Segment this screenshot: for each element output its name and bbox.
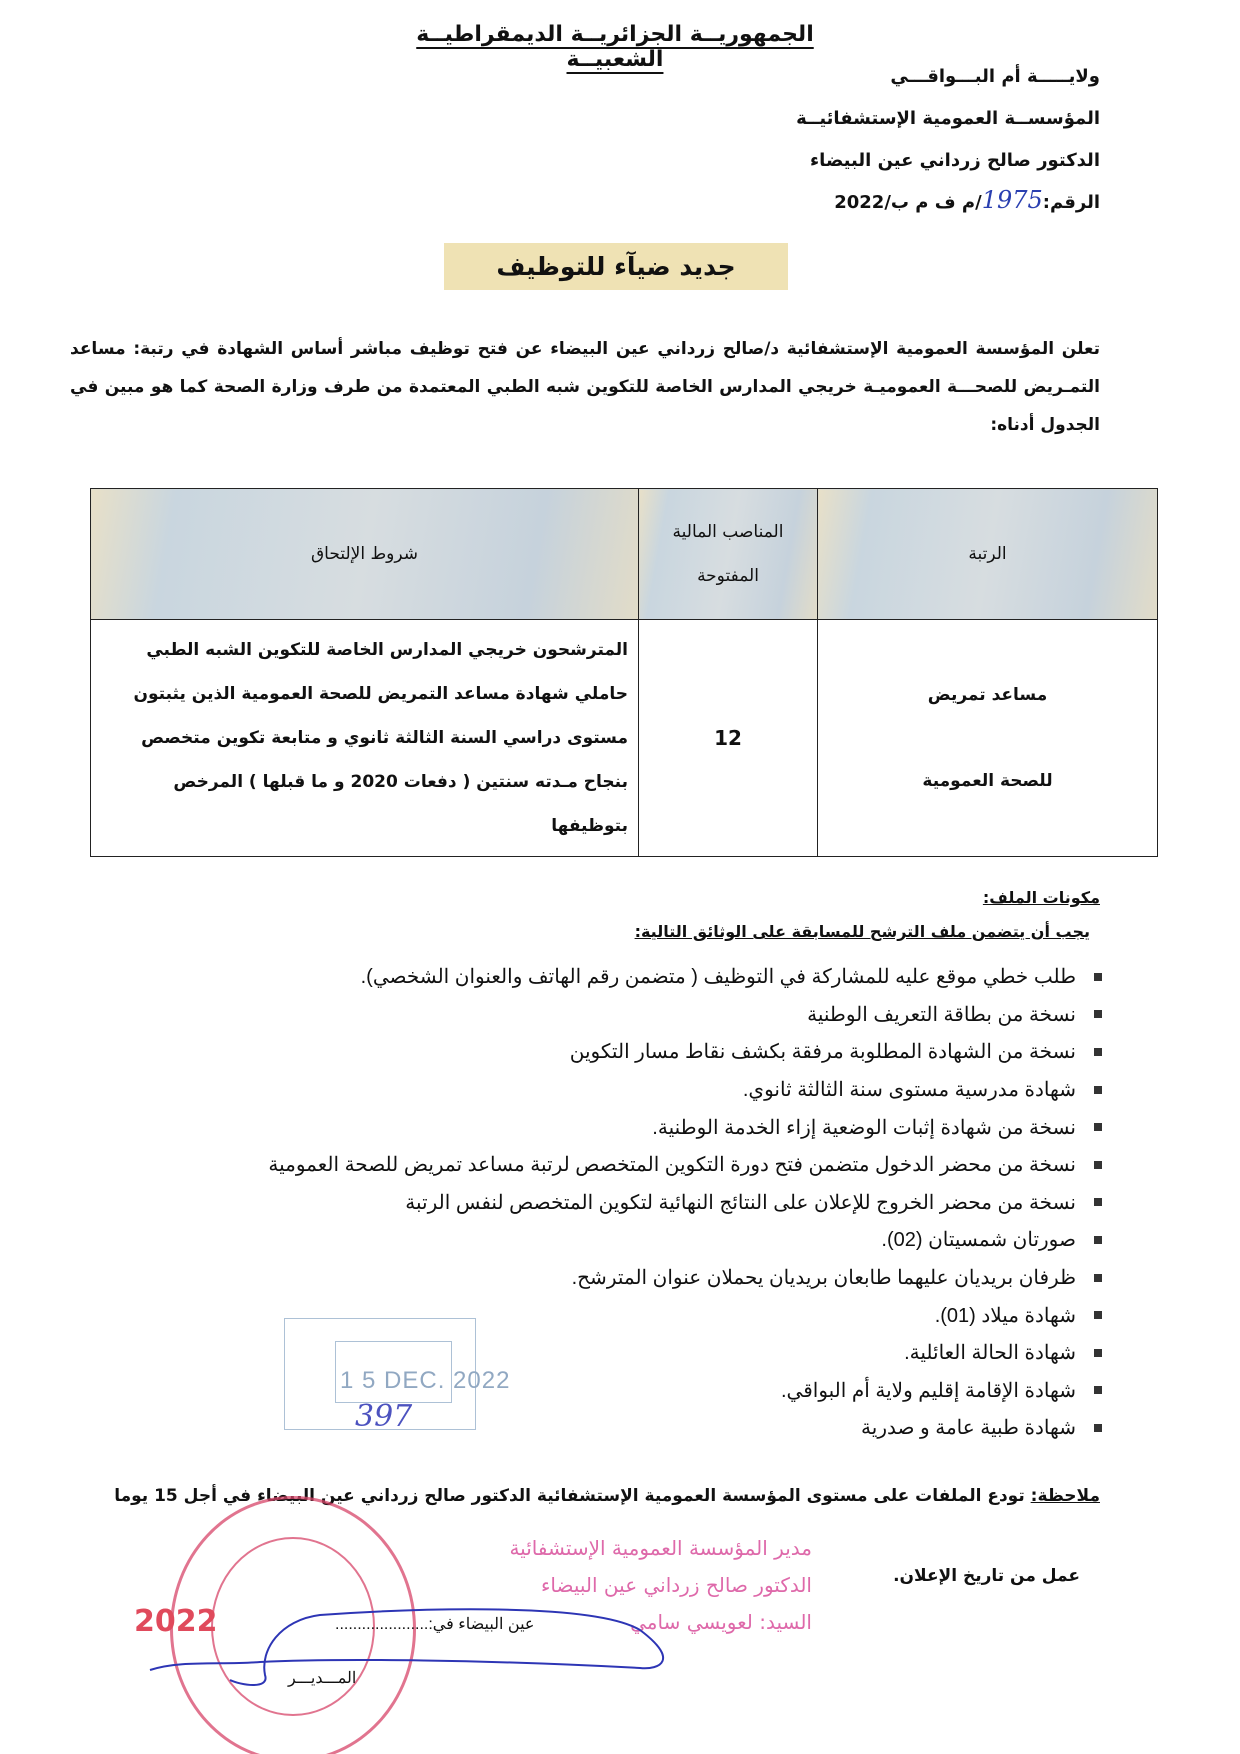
cell-conditions: المترشحون خريجي المدارس الخاصة للتكوين ا… bbox=[91, 620, 639, 857]
header-positions: المناصب المالية المفتوحة bbox=[639, 489, 818, 620]
positions-table: الرتبة المناصب المالية المفتوحة شروط الإ… bbox=[90, 488, 1158, 857]
list-item: ظرفان بريديان عليهما طابعان بريديان يحمل… bbox=[268, 1259, 1102, 1297]
list-item: طلب خطي موقع عليه للمشاركة في التوظيف ( … bbox=[268, 958, 1102, 996]
post-stamp-date: 1 5 DEC. 2022 bbox=[340, 1367, 510, 1395]
files-subheading: يجب أن يتضمن ملف الترشح للمسابقة على الو… bbox=[635, 922, 1090, 941]
list-item: نسخة من محضر الخروج للإعلان على النتائج … bbox=[268, 1184, 1102, 1222]
header-conditions: شروط الإلتحاق bbox=[91, 489, 639, 620]
square-bullet-icon bbox=[1094, 1198, 1102, 1206]
note-continuation: عمل من تاريخ الإعلان. bbox=[893, 1566, 1080, 1586]
square-bullet-icon bbox=[1094, 1386, 1102, 1394]
header-rank: الرتبة bbox=[818, 489, 1158, 620]
wilaya-line: ولايـــــة أم البـــواقـــي bbox=[890, 66, 1100, 87]
cell-rank: مساعد تمريض للصحة العمومية bbox=[818, 620, 1158, 857]
square-bullet-icon bbox=[1094, 1274, 1102, 1282]
list-item: نسخة من بطاقة التعريف الوطنية bbox=[268, 996, 1102, 1034]
list-item: نسخة من شهادة إثبات الوضعية إزاء الخدمة … bbox=[268, 1108, 1102, 1146]
square-bullet-icon bbox=[1094, 1123, 1102, 1131]
list-item: نسخة من الشهادة المطلوبة مرفقة بكشف نقاط… bbox=[268, 1033, 1102, 1071]
announcement-title: جديد ضيآء للتوظيف bbox=[444, 243, 788, 290]
square-bullet-icon bbox=[1094, 1424, 1102, 1432]
square-bullet-icon bbox=[1094, 1311, 1102, 1319]
list-item: صورتان شمسيتان (02). bbox=[268, 1221, 1102, 1259]
square-bullet-icon bbox=[1094, 1048, 1102, 1056]
list-item: نسخة من محضر الدخول متضمن فتح دورة التكو… bbox=[268, 1146, 1102, 1184]
square-bullet-icon bbox=[1094, 1161, 1102, 1169]
republic-heading: الجمهوريــة الجزائريــة الديمقراطيــة ال… bbox=[395, 22, 835, 72]
post-office-stamp: 1 5 DEC. 2022 397 bbox=[284, 1318, 476, 1430]
files-heading: مكونات الملف: bbox=[983, 888, 1100, 907]
handwritten-registration-number: 397 bbox=[355, 1399, 412, 1434]
list-item: شهادة مدرسية مستوى سنة الثالثة ثانوي. bbox=[268, 1071, 1102, 1109]
reference-number-handwritten: 1975 bbox=[982, 186, 1043, 214]
cell-positions: 12 bbox=[639, 620, 818, 857]
note-label: ملاحظة: bbox=[1031, 1486, 1100, 1506]
reference-label: الرقم: bbox=[1043, 192, 1100, 213]
intro-paragraph: تعلن المؤسسة العمومية الإستشفائية د/صالح… bbox=[70, 330, 1100, 444]
square-bullet-icon bbox=[1094, 1010, 1102, 1018]
reference-suffix: /م ف م ب/2022 bbox=[834, 192, 981, 213]
handwritten-signature-icon bbox=[140, 1590, 700, 1700]
square-bullet-icon bbox=[1094, 1349, 1102, 1357]
reference-line: الرقم:1975/م ف م ب/2022 bbox=[834, 186, 1100, 214]
institution-line: المؤسســة العمومية الإستشفائيــة bbox=[796, 108, 1100, 129]
table-row: مساعد تمريض للصحة العمومية 12 المترشحون … bbox=[91, 620, 1158, 857]
square-bullet-icon bbox=[1094, 1086, 1102, 1094]
hospital-line: الدكتور صالح زرداني عين البيضاء bbox=[810, 150, 1100, 171]
square-bullet-icon bbox=[1094, 973, 1102, 981]
square-bullet-icon bbox=[1094, 1236, 1102, 1244]
table-header-row: الرتبة المناصب المالية المفتوحة شروط الإ… bbox=[91, 489, 1158, 620]
